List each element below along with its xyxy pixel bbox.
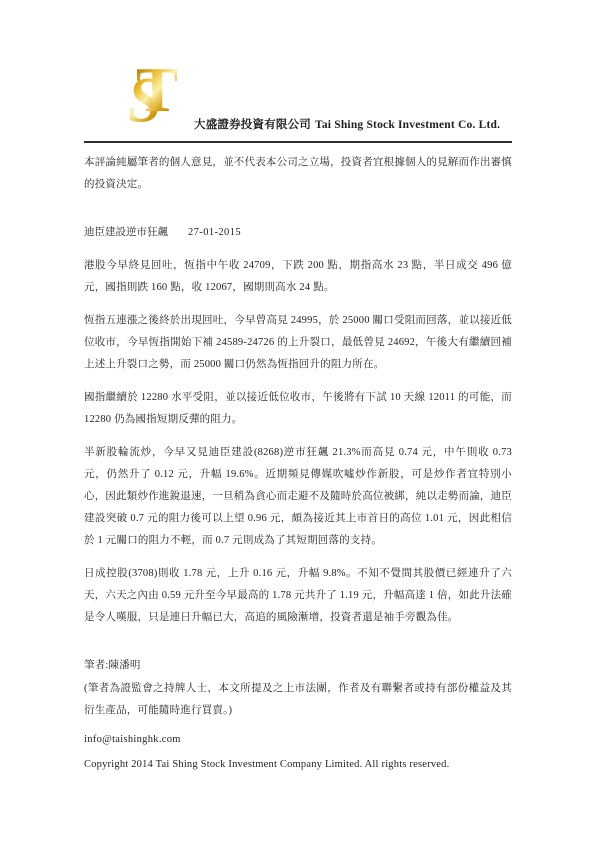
company-name-zh: 大盛證券投資有限公司 [194,119,311,131]
company-logo: S T [128,62,190,138]
article-paragraph: 港股今早終見回吐，恆指中午收 24709，下跌 200 點，期指高水 23 點，… [84,255,512,299]
article-paragraph: 日成控股(3708)則收 1.78 元，上升 0.16 元，升幅 9.8%。不知… [84,563,512,629]
article-body: 港股今早終見回吐，恆指中午收 24709，下跌 200 點，期指高水 23 點，… [84,255,512,629]
author-line: 筆者:陳潘明 [84,655,512,677]
contact-email: info@taishinghk.com [84,729,512,751]
author-disclosure-note: (筆者為證監會之持牌人士，本文所提及之上市法團，作者及有聯繫者或持有部份權益及其… [84,678,512,722]
article-title-row: 迪臣建設逆市狂飆27-01-2015 [84,222,512,244]
header-divider [84,141,512,143]
article-paragraph: 恆指五連漲之後終於出現回吐，今早曾高見 24995，於 25000 關口受阻而回… [84,310,512,376]
logo-letter-t-icon: T [136,58,177,122]
article-title: 迪臣建設逆市狂飆 [84,227,168,238]
document-header: S T 大盛證券投資有限公司Tai Shing Stock Investment… [128,62,512,138]
document-page: S T 大盛證券投資有限公司Tai Shing Stock Investment… [0,0,595,842]
article-paragraph: 國指繼續於 12280 水平受阻，並以接近低位收市，午後將有下試 10 天線 1… [84,387,512,431]
company-name: 大盛證券投資有限公司Tai Shing Stock Investment Co.… [190,116,500,138]
disclaimer-text: 本評論純屬筆者的個人意見，並不代表本公司之立場，投資者宜根據個人的見解而作出審慎… [84,152,512,196]
company-name-en: Tai Shing Stock Investment Co. Ltd. [315,119,500,131]
copyright-notice: Copyright 2014 Tai Shing Stock Investmen… [84,754,512,776]
article-paragraph: 半新股輪流炒，今早又見迪臣建設(8268)逆市狂飆 21.3%而高見 0.74 … [84,442,512,552]
article-date: 27-01-2015 [188,227,241,238]
